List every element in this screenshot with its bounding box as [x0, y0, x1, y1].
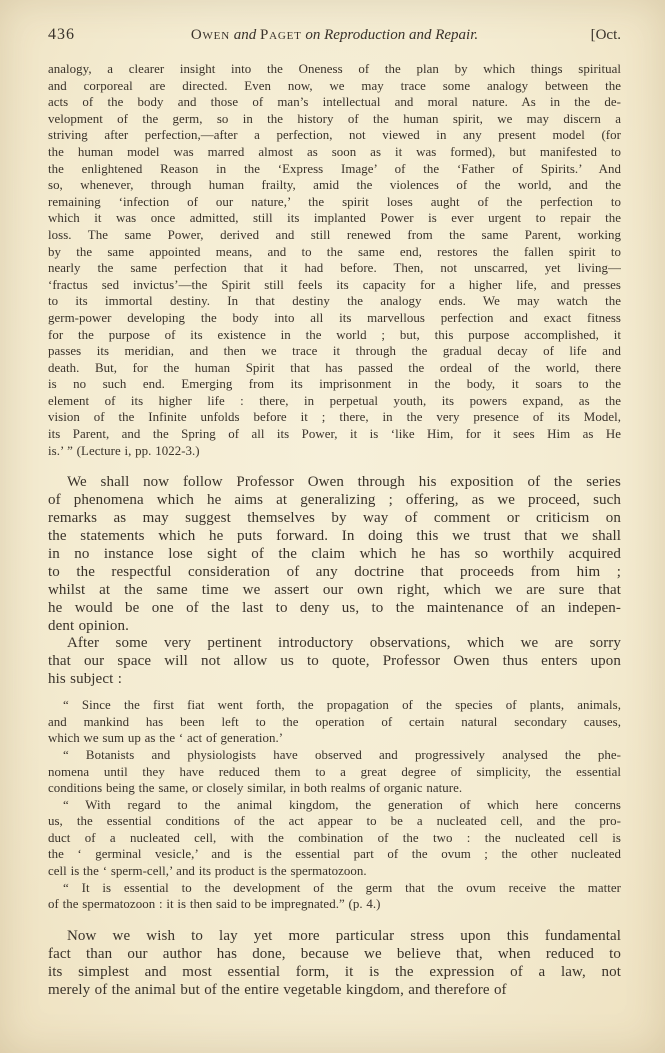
text-line: Now we wish to lay yet more particular s…: [48, 928, 621, 946]
title-segment: on Reproduction and Repair.: [302, 27, 479, 43]
paragraph: “ Botanists and physiologists have obser…: [48, 747, 621, 797]
text-line: duct of a nucleated cell, with the combi…: [48, 830, 621, 847]
text-line: whilst at the same time we assert our ow…: [48, 582, 621, 600]
running-head: 436 Owen and Paget on Reproduction and R…: [48, 26, 621, 44]
text-line: which we sum up as the ‘ act of generati…: [48, 730, 621, 747]
text-line: by the same appointed means, and to the …: [48, 244, 621, 261]
text-line: and corporeal are directed. Even now, we…: [48, 78, 621, 95]
text-line: us, the essential conditions of the act …: [48, 813, 621, 830]
text-line: he would be one of the last to deny us, …: [48, 600, 621, 618]
text-line: nomena until they have reduced them to a…: [48, 764, 621, 781]
extract-block: “ Since the first fiat went forth, the p…: [48, 697, 621, 913]
text-line: and mankind has been left to the operati…: [48, 714, 621, 731]
text-line: element of its higher life : there, in p…: [48, 393, 621, 410]
text-line: “ Botanists and physiologists have obser…: [48, 747, 621, 764]
paragraph: Now we wish to lay yet more particular s…: [48, 928, 621, 1000]
text-line: that our space will not allow us to quot…: [48, 653, 621, 671]
text-line: in no instance lose sight of the claim w…: [48, 546, 621, 564]
extract-block: analogy, a clearer insight into the Onen…: [48, 61, 621, 459]
text-line: striving after perfection,—after a perfe…: [48, 127, 621, 144]
body-text-block: We shall now follow Professor Owen throu…: [48, 474, 621, 689]
text-line: “ It is essential to the development of …: [48, 880, 621, 897]
text-line: to the respectful consideration of any d…: [48, 564, 621, 582]
text-line: cell is the ‘ sperm-cell,’ and its produ…: [48, 863, 621, 880]
text-line: merely of the animal but of the entire v…: [48, 982, 621, 1000]
text-line: the human model was marred almost as soo…: [48, 144, 621, 161]
text-line: remaining ‘infection of our nature,’ the…: [48, 194, 621, 211]
paragraph: We shall now follow Professor Owen throu…: [48, 474, 621, 635]
title-segment: Owen: [191, 27, 230, 43]
text-line: loss. The same Power, derived and still …: [48, 227, 621, 244]
text-line: After some very pertinent introductory o…: [48, 635, 621, 653]
text-line: its Parent, and the Spring of all its Po…: [48, 426, 621, 443]
text-line: ‘fractus sed invictus’—the Spirit still …: [48, 277, 621, 294]
text-line: velopment of the germ, so in the history…: [48, 111, 621, 128]
text-line: acts of the body and those of man’s inte…: [48, 94, 621, 111]
paragraph: “ Since the first fiat went forth, the p…: [48, 697, 621, 747]
text-line: death. But, for the human Spirit that ha…: [48, 360, 621, 377]
issue-label: [Oct.: [557, 27, 621, 44]
text-line: to its immortal destiny. In that destiny…: [48, 293, 621, 310]
text-line: for the purpose of its existence in the …: [48, 327, 621, 344]
text-line: vision of the Infinite unfolds before it…: [48, 409, 621, 426]
text-line: of phenomena which he aims at generalizi…: [48, 492, 621, 510]
text-line: its simplest and most essential form, it…: [48, 964, 621, 982]
text-line: nearly the same perfection that it had b…: [48, 260, 621, 277]
text-line: is no such end. Emerging from its impris…: [48, 376, 621, 393]
text-line: conditions being the same, or closely si…: [48, 780, 621, 797]
paragraph: “ With regard to the animal kingdom, the…: [48, 797, 621, 880]
text-line: fact than our author has done, because w…: [48, 946, 621, 964]
text-line: passes its meridian, and then we trace i…: [48, 343, 621, 360]
text-line: “ Since the first fiat went forth, the p…: [48, 697, 621, 714]
paragraph: “ It is essential to the development of …: [48, 880, 621, 913]
page-number: 436: [48, 26, 112, 44]
text-line: analogy, a clearer insight into the Onen…: [48, 61, 621, 78]
title-segment: and: [230, 27, 260, 43]
text-line: which it was once admitted, still its im…: [48, 210, 621, 227]
title-segment: Paget: [260, 27, 302, 43]
book-page: 436 Owen and Paget on Reproduction and R…: [0, 0, 665, 1053]
page-body: analogy, a clearer insight into the Onen…: [48, 61, 621, 999]
text-line: the enlightened Reason in the ‘Express I…: [48, 161, 621, 178]
text-line: remarks as may suggest themselves by way…: [48, 510, 621, 528]
running-head-title: Owen and Paget on Reproduction and Repai…: [112, 27, 557, 44]
paragraph: analogy, a clearer insight into the Onen…: [48, 61, 621, 459]
paragraph: After some very pertinent introductory o…: [48, 635, 621, 689]
text-line: the ‘ germinal vesicle,’ and is the esse…: [48, 846, 621, 863]
text-line: his subject :: [48, 671, 621, 689]
text-line: of the spermatozoon : it is then said to…: [48, 896, 621, 913]
text-line: so, whenever, through human frailty, ami…: [48, 177, 621, 194]
text-line: is.’ ” (Lecture i, pp. 1022-3.): [48, 443, 621, 460]
body-text-block: Now we wish to lay yet more particular s…: [48, 928, 621, 1000]
text-line: We shall now follow Professor Owen throu…: [48, 474, 621, 492]
text-line: “ With regard to the animal kingdom, the…: [48, 797, 621, 814]
text-line: the statements which he puts forward. In…: [48, 528, 621, 546]
text-line: dent opinion.: [48, 618, 621, 636]
text-line: germ-power developing the body into all …: [48, 310, 621, 327]
